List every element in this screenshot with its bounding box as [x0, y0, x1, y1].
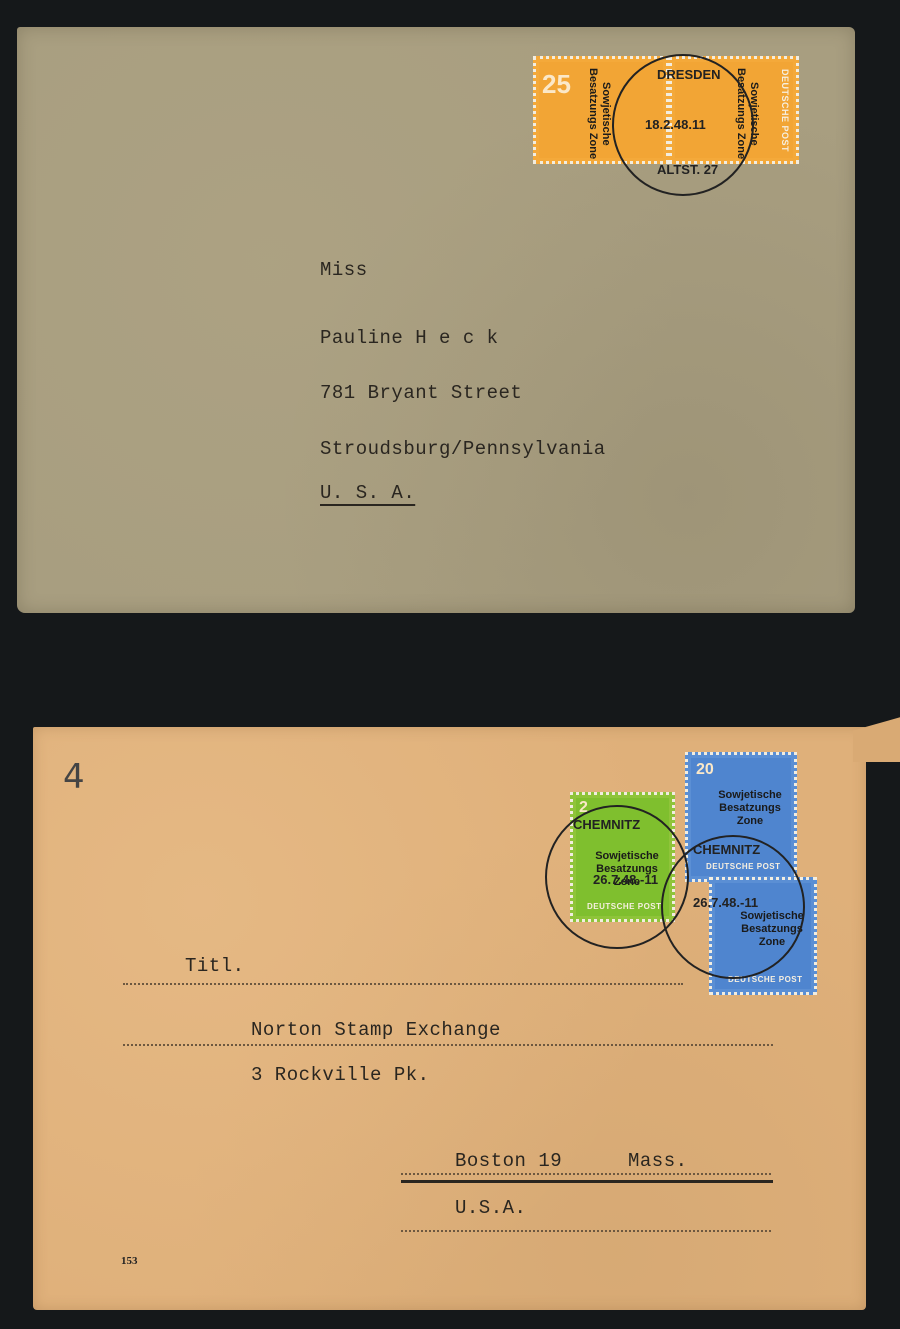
address-rule [123, 1044, 773, 1046]
envelope-top: 25 Sowjetische Besatzungs Zone Sowjetisc… [17, 27, 855, 613]
stamp-overprint: Sowjetische Besatzungs Zone [586, 67, 612, 161]
recipient-state: Mass. [628, 1150, 688, 1172]
postmark-district: ALTST. 27 [657, 162, 718, 177]
recipient-city: Stroudsburg/Pennsylvania [320, 438, 606, 460]
postmark-date: 26.7.48.-11 [693, 895, 758, 910]
postmark-city: CHEMNITZ [573, 817, 640, 832]
recipient-country: U.S.A. [455, 1197, 526, 1219]
recipient-name: Pauline H e c k [320, 327, 499, 349]
address-rule [401, 1173, 771, 1175]
address-rule [123, 983, 683, 985]
recipient-salutation: Miss [320, 259, 368, 281]
recipient-country: U. S. A. [320, 482, 415, 504]
address-underline [401, 1180, 773, 1183]
stamp-value: 20 [696, 761, 714, 779]
pencil-note: 4 [63, 757, 85, 797]
recipient-street: 3 Rockville Pk. [251, 1064, 430, 1086]
stamp-value: 25 [542, 69, 571, 100]
envelope-bottom: 4 2 SowjetischeBesatzungsZone DEUTSCHE P… [33, 727, 866, 1310]
postmark-date: 18.2.48.11 [645, 117, 706, 132]
recipient-title: Titl. [185, 955, 245, 977]
stamp-overprint: SowjetischeBesatzungsZone [708, 789, 792, 828]
address-rule [401, 1230, 771, 1232]
postmark-date: 26.7.48.-11 [593, 872, 658, 887]
recipient-company: Norton Stamp Exchange [251, 1019, 501, 1041]
postmark-city: DRESDEN [657, 67, 721, 82]
recipient-city: Boston 19 [455, 1150, 562, 1172]
postmark-city: CHEMNITZ [693, 842, 760, 857]
page-number: 153 [121, 1255, 138, 1267]
stamp-country: DEUTSCHE POST [780, 69, 790, 152]
torn-flap [853, 717, 900, 762]
recipient-street: 781 Bryant Street [320, 382, 522, 404]
